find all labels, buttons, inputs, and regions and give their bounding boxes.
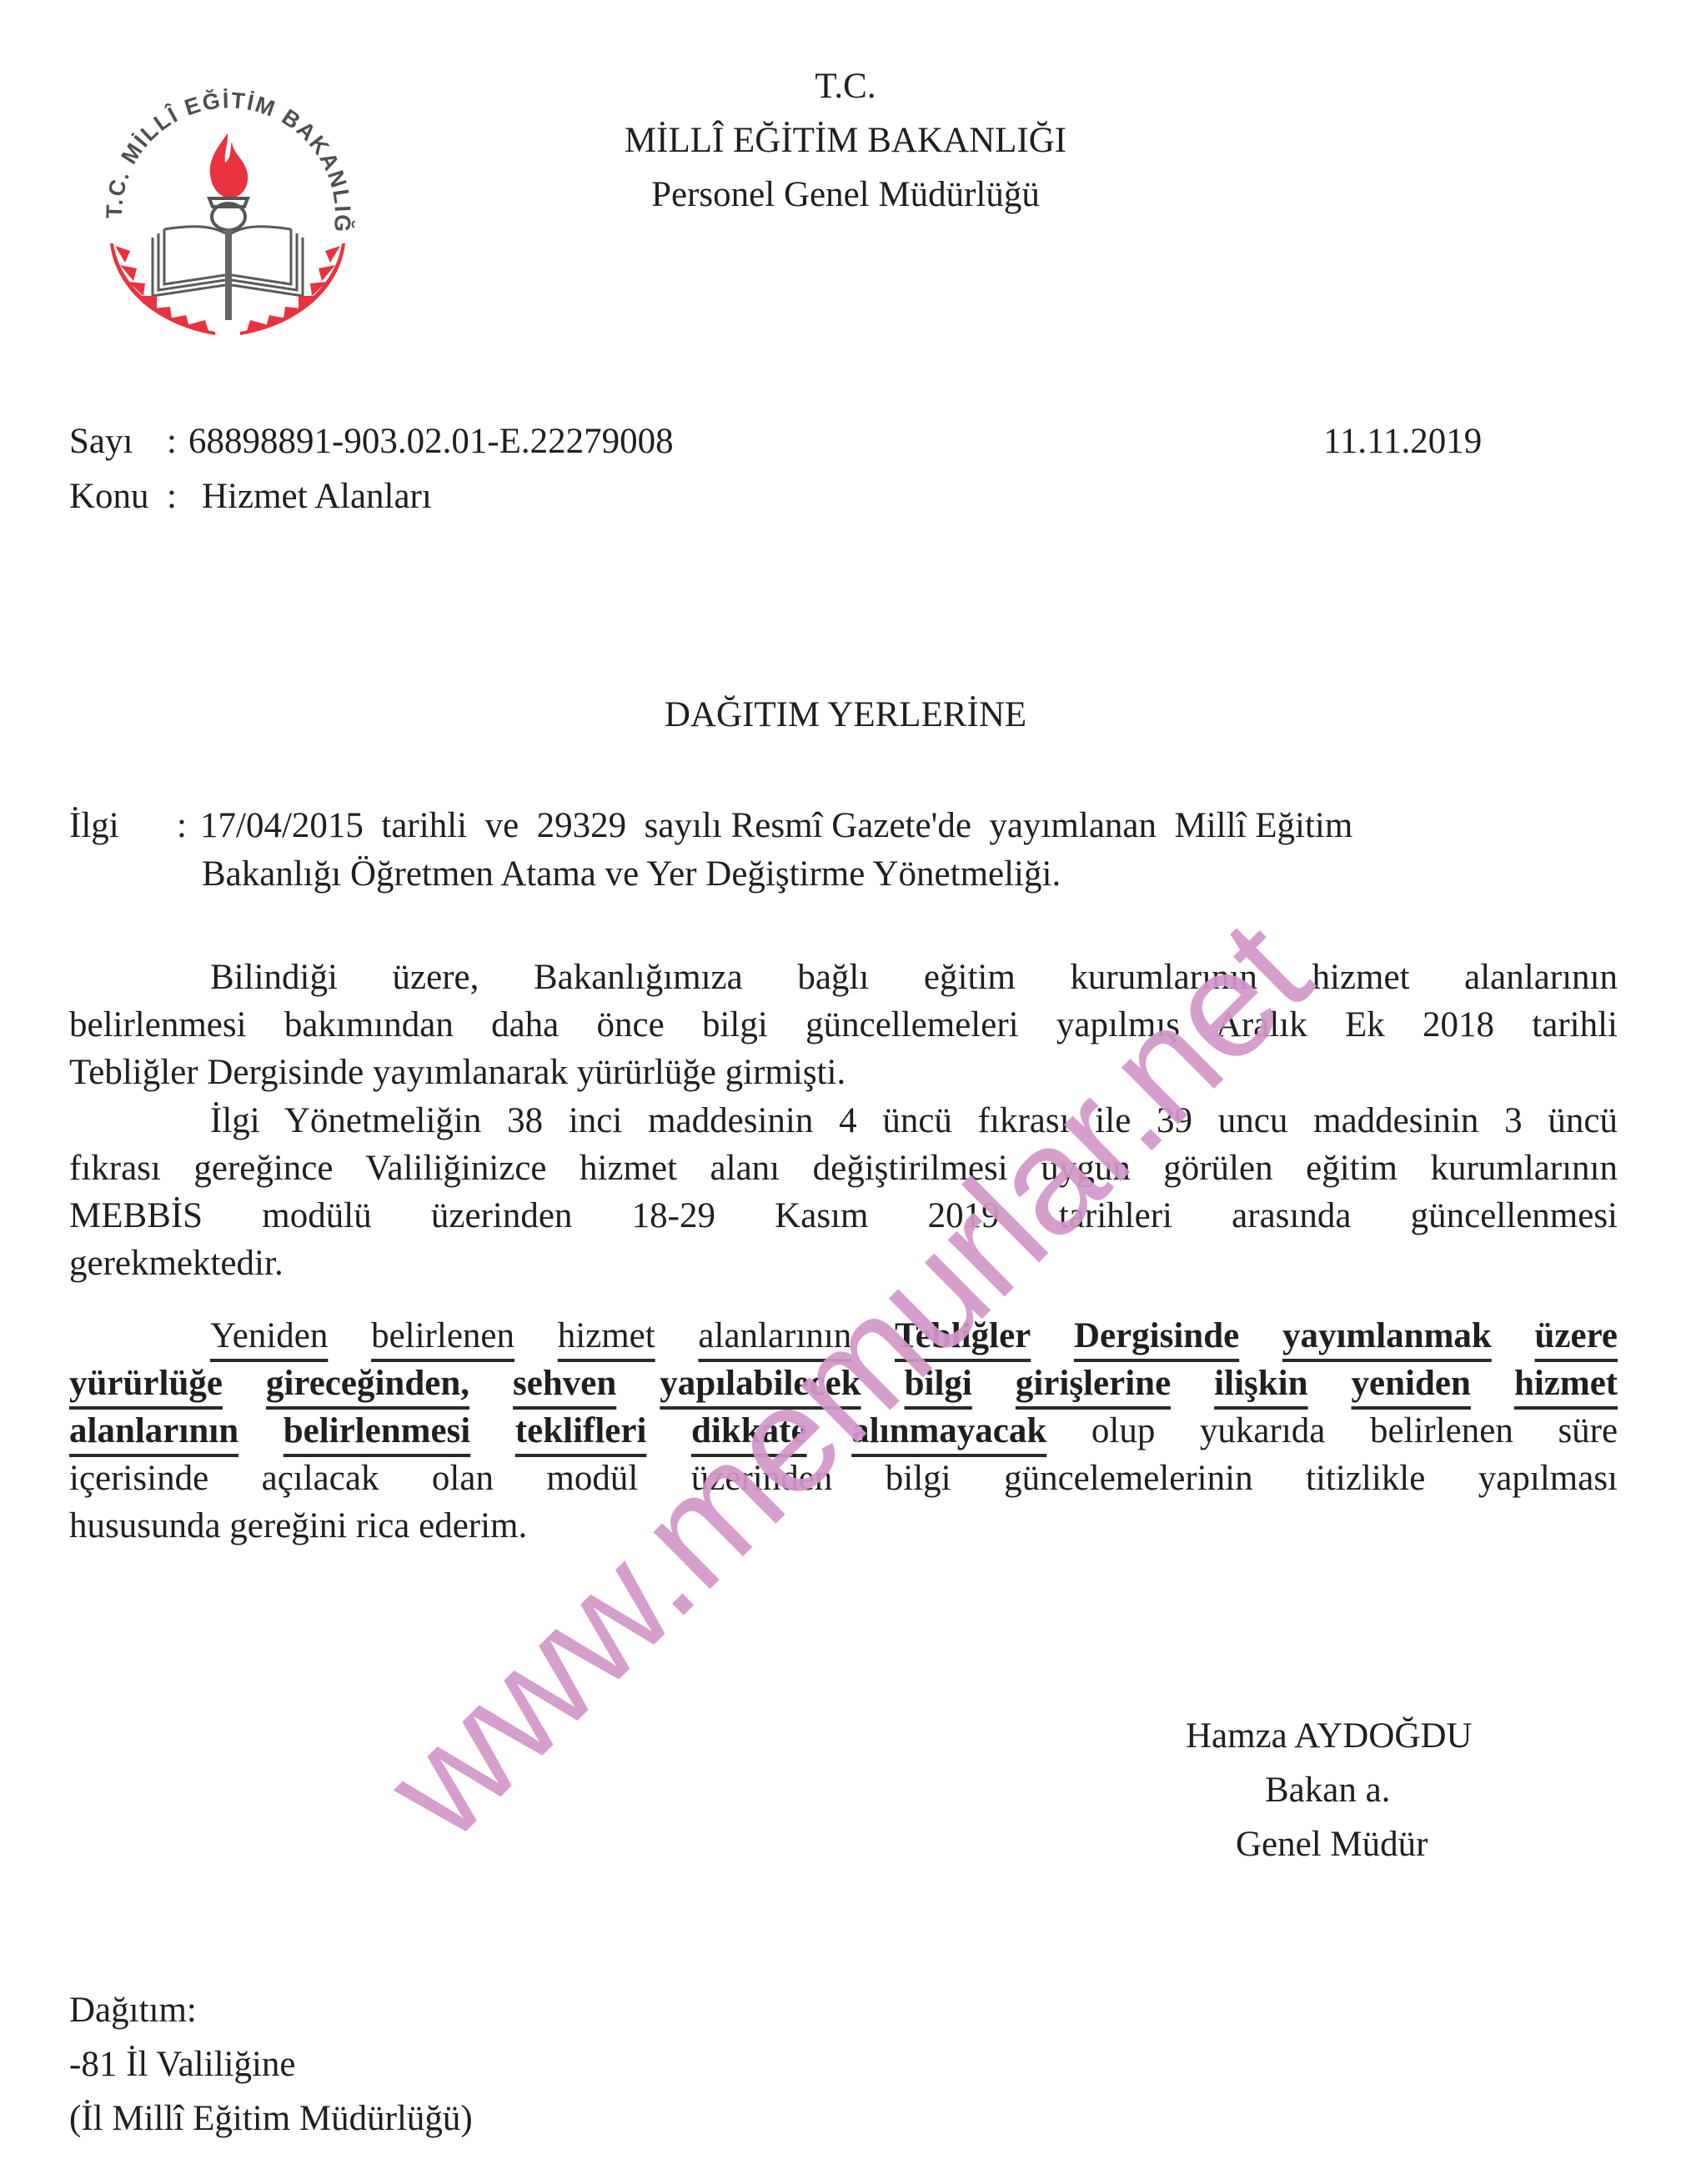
paragraph-2-line: fıkrası gereğince Valiliğinizce hizmet a… (69, 1150, 1618, 1186)
paragraph-3-line: hususunda gereğini rica ederim. (69, 1508, 1618, 1544)
ilgi-line-1: 17/04/2015 tarihli ve 29329 sayılı Resmî… (200, 808, 1352, 844)
distribution-title: Dağıtım: (69, 1992, 197, 2028)
underlined-word: yayımlanmak (1282, 1316, 1492, 1355)
underlined-word: alanlarının (69, 1411, 238, 1450)
distribution-item: (İl Millî Eğitim Müdürlüğü) (69, 2101, 473, 2136)
ilgi-colon: : (177, 808, 187, 844)
signatory-title: Genel Müdür (1236, 1826, 1428, 1862)
underlined-word: sehven (513, 1364, 616, 1403)
konu-value: Hizmet Alanları (202, 478, 432, 514)
paragraph-2-line: MEBBİS modülü üzerinden 18-29 Kasım 2019… (69, 1198, 1618, 1234)
underlined-word: yapılabilecek (660, 1364, 861, 1403)
header-ministry-name: MİLLÎ EĞİTİM BAKANLIĞI (0, 123, 1691, 158)
underlined-word: hizmet (1514, 1364, 1618, 1403)
sayi-label: Sayı (69, 423, 133, 459)
underlined-word: yürürlüğe (69, 1364, 223, 1403)
document-date: 11.11.2019 (1323, 423, 1482, 459)
underlined-word: yeniden (1352, 1364, 1471, 1403)
paragraph-3-line: içerisinde açılacak olan modül üzerinden… (69, 1460, 1618, 1496)
distribution-item: -81 İl Valiliğine (69, 2046, 296, 2082)
signatory-name: Hamza AYDOĞDU (1186, 1718, 1473, 1754)
underlined-word: belirlenen (371, 1316, 514, 1355)
sayi-colon: : (167, 423, 177, 459)
sayi-value: 68898891-903.02.01-E.22279008 (188, 423, 674, 459)
paragraph-1-line: Tebliğler Dergisinde yayımlanarak yürürl… (69, 1054, 1618, 1090)
underlined-word: dikkate (691, 1411, 807, 1450)
paragraph-1-line: Bilindiği üzere, Bakanlığımıza bağlı eği… (210, 959, 1618, 995)
underlined-word: ilişkin (1214, 1364, 1307, 1403)
underlined-word: Tebliğler (895, 1316, 1031, 1355)
ilgi-line-2: Bakanlığı Öğretmen Atama ve Yer Değiştir… (202, 856, 1061, 892)
paragraph-1-line: belirlenmesi bakımından daha önce bilgi … (69, 1007, 1618, 1043)
konu-label: Konu (69, 478, 149, 514)
underlined-word: Dergisinde (1074, 1316, 1239, 1355)
underlined-word: alınmayacak (851, 1411, 1046, 1450)
header-state-name: T.C. (0, 68, 1691, 104)
underlined-word: belirlenmesi (284, 1411, 471, 1450)
signatory-role: Bakan a. (1265, 1772, 1390, 1808)
underlined-word: hizmet (558, 1316, 655, 1355)
addressee: DAĞITIM YERLERİNE (0, 697, 1691, 733)
underlined-word: alanlarının (698, 1316, 851, 1355)
paragraph-3-line: yürürlüğe gireceğinden, sehven yapılabil… (69, 1365, 1618, 1401)
header-department-name: Personel Genel Müdürlüğü (0, 177, 1691, 213)
underlined-word: bilgi (905, 1364, 972, 1403)
paragraph-2-line: gerekmektedir. (69, 1245, 1618, 1281)
underlined-word: girişlerine (1016, 1364, 1171, 1403)
paragraph-3-line: alanlarının belirlenmesi teklifleri dikk… (69, 1413, 1618, 1449)
underlined-word: gireceğinden, (266, 1364, 469, 1403)
paragraph-2-line: İlgi Yönetmeliğin 38 inci maddesinin 4 ü… (210, 1103, 1618, 1139)
paragraph-3-line: Yeniden belirlenen hizmet alanlarının Te… (210, 1318, 1618, 1354)
underlined-word: Yeniden (210, 1316, 328, 1355)
konu-colon: : (167, 478, 177, 514)
ilgi-label: İlgi (69, 808, 119, 844)
underlined-word: teklifleri (515, 1411, 647, 1450)
underlined-word: üzere (1535, 1316, 1618, 1355)
